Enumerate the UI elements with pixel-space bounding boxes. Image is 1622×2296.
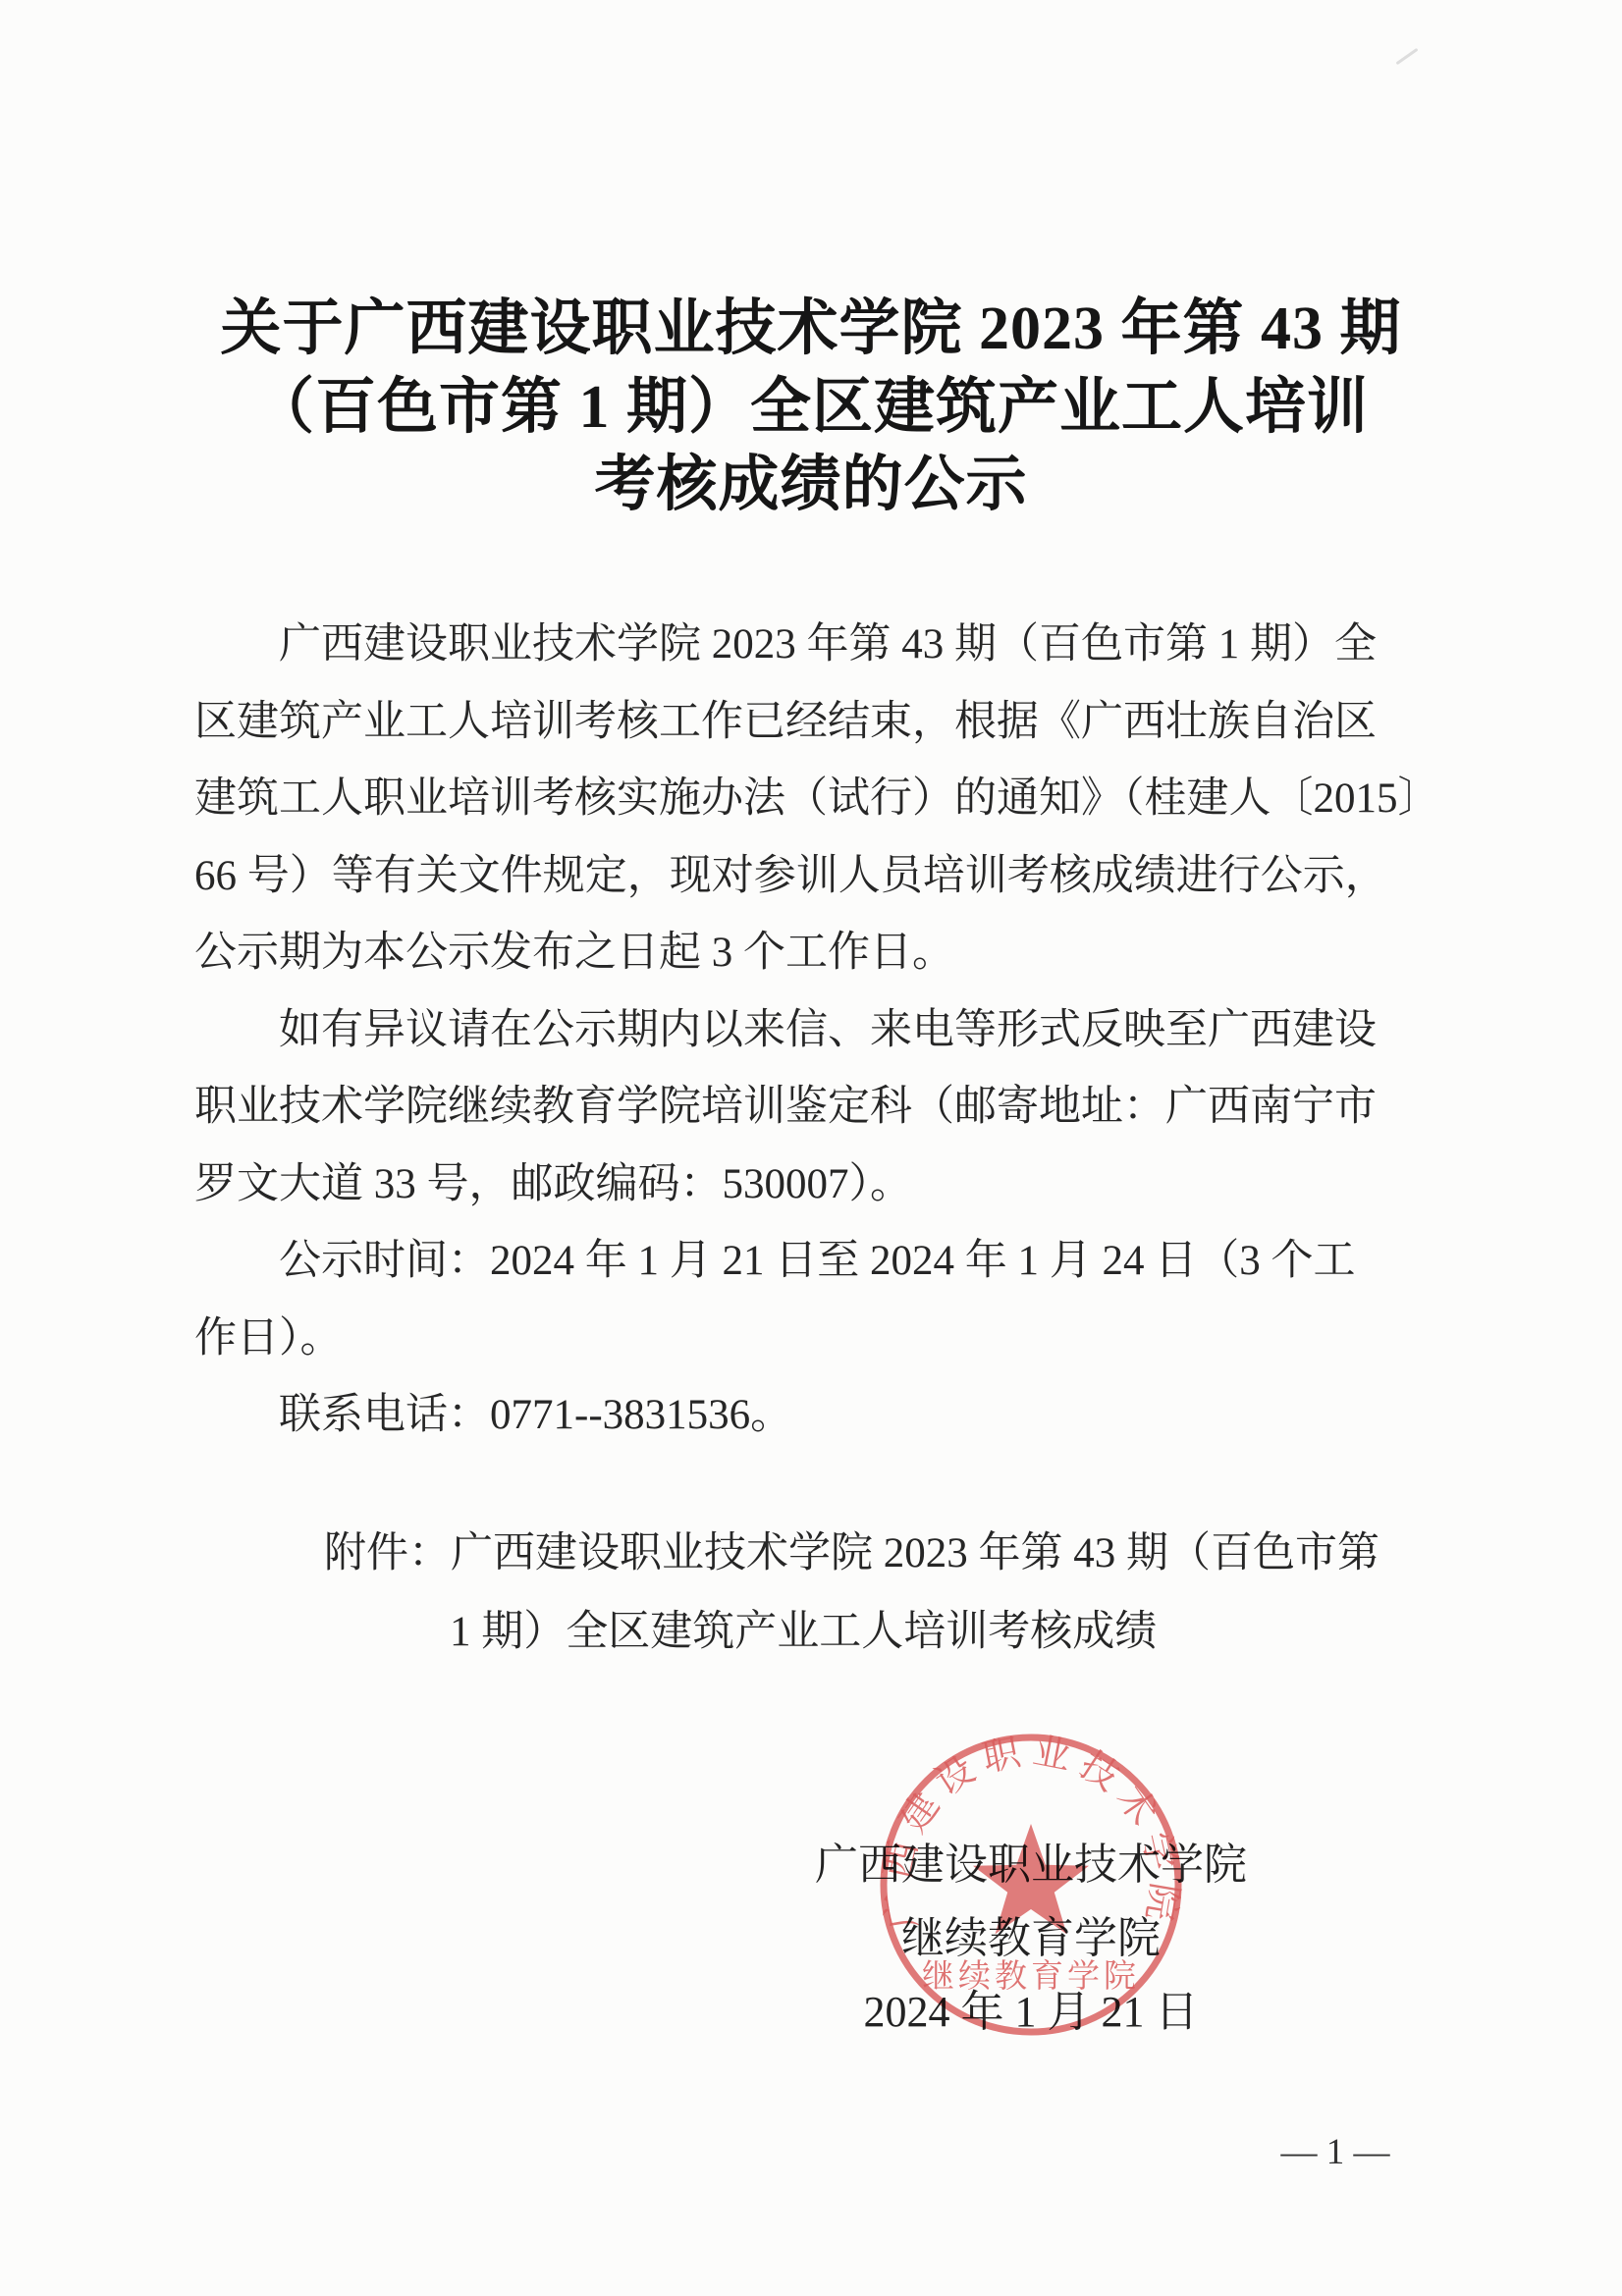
signature-org-line-2: 继续教育学院	[756, 1901, 1306, 1975]
title-line-2: （百色市第 1 期）全区建筑产业工人培训	[0, 369, 1622, 448]
body-line: 公示时间：2024 年 1 月 21 日至 2024 年 1 月 24 日（3 …	[194, 1223, 1433, 1301]
page-number: — 1 —	[1232, 2131, 1438, 2174]
signature-date: 2024 年 1 月 21 日	[756, 1975, 1306, 2049]
body-line: 66 号）等有关文件规定，现对参训人员培训考核成绩进行公示，	[194, 838, 1433, 916]
scan-artifact	[1395, 48, 1418, 65]
attachment-line-1: 附件：广西建设职业技术学院 2023 年第 43 期（百色市第	[0, 1515, 1622, 1593]
body-line: 公示期为本公示发布之日起 3 个工作日。	[194, 915, 1433, 992]
body-line: 职业技术学院继续教育学院培训鉴定科（邮寄地址：广西南宁市	[194, 1069, 1433, 1147]
body-line: 区建筑产业工人培训考核工作已经结束，根据《广西壮族自治区	[194, 684, 1433, 762]
body-line: 作日）。	[194, 1301, 1433, 1378]
body-line: 如有异议请在公示期内以来信、来电等形式反映至广西建设	[194, 992, 1433, 1070]
title-line-3: 考核成绩的公示	[0, 447, 1622, 525]
body-line: 联系电话：0771--3831536。	[194, 1377, 1433, 1455]
signature-block: 广西建设职业技术学院 继续教育学院 2024 年 1 月 21 日	[756, 1828, 1306, 2049]
title-line-1: 关于广西建设职业技术学院 2023 年第 43 期	[0, 291, 1622, 369]
attachment-note: 附件：广西建设职业技术学院 2023 年第 43 期（百色市第 1 期）全区建筑…	[0, 1515, 1622, 1672]
document-title: 关于广西建设职业技术学院 2023 年第 43 期 （百色市第 1 期）全区建筑…	[0, 291, 1622, 525]
attachment-line-2: 1 期）全区建筑产业工人培训考核成绩	[0, 1593, 1622, 1672]
body-line: 建筑工人职业培训考核实施办法（试行）的通知》（桂建人〔2015〕	[194, 761, 1433, 838]
body-line: 广西建设职业技术学院 2023 年第 43 期（百色市第 1 期）全	[194, 607, 1433, 684]
scanned-notice-page: 关于广西建设职业技术学院 2023 年第 43 期 （百色市第 1 期）全区建筑…	[0, 0, 1622, 2296]
body-text: 广西建设职业技术学院 2023 年第 43 期（百色市第 1 期）全 区建筑产业…	[194, 607, 1433, 1455]
body-line: 罗文大道 33 号，邮政编码：530007）。	[194, 1147, 1433, 1224]
signature-org-line-1: 广西建设职业技术学院	[756, 1828, 1306, 1901]
